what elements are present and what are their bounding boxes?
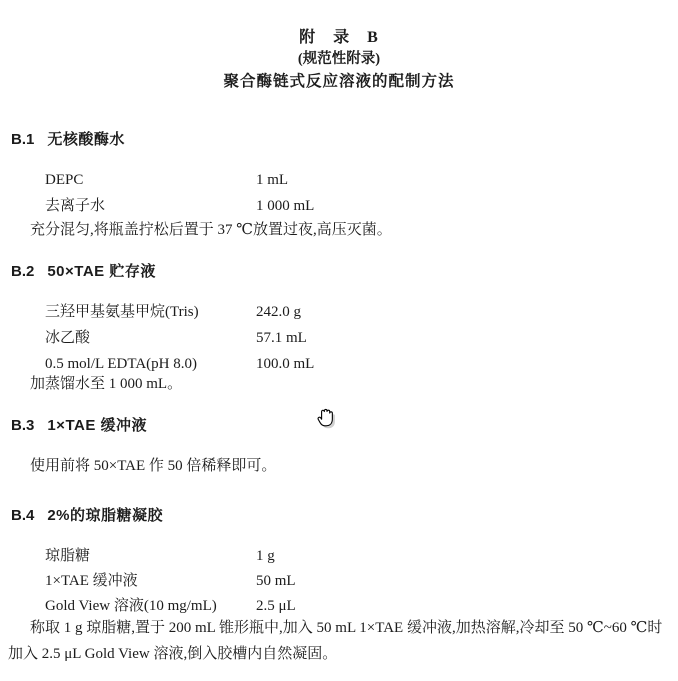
section-title: 50×TAE 贮存液: [47, 263, 156, 280]
ingredient-row: Gold View 溶液(10 mg/mL) 2.5 μL: [45, 597, 670, 615]
ingredient-row: 冰乙酸 57.1 mL: [45, 329, 670, 347]
section-number: B.1: [11, 131, 34, 148]
ingredient-label: Gold View 溶液(10 mg/mL): [45, 598, 217, 614]
instruction-text-b3: 使用前将 50×TAE 作 50 倍稀释即可。: [8, 453, 672, 479]
section-title: 2%的琼脂糖凝胶: [47, 507, 163, 524]
appendix-type: (规范性附录): [0, 47, 678, 68]
section-heading-b2: B.250×TAE 贮存液: [11, 260, 156, 281]
instruction-text-b2: 加蒸馏水至 1 000 mL。: [8, 371, 672, 397]
ingredient-row: 1×TAE 缓冲液 50 mL: [45, 572, 670, 590]
ingredient-label: DEPC: [45, 172, 83, 188]
instruction-text-b4: 称取 1 g 琼脂糖,置于 200 mL 锥形瓶中,加入 50 mL 1×TAE…: [8, 615, 672, 667]
section-heading-b4: B.42%的琼脂糖凝胶: [11, 504, 163, 525]
page-title: 聚合酶链式反应溶液的配制方法: [0, 69, 678, 91]
ingredient-label: 1×TAE 缓冲液: [45, 573, 138, 589]
grab-hand-cursor: [314, 406, 340, 434]
section-number: B.4: [11, 507, 34, 524]
ingredient-value: 57.1 mL: [256, 329, 307, 347]
appendix-label: 附 录 B: [0, 24, 678, 47]
section-heading-b1: B.1无核酸酶水: [11, 128, 125, 149]
ingredient-row: 琼脂糖 1 g: [45, 547, 670, 565]
ingredient-label: 琼脂糖: [45, 548, 90, 564]
ingredient-label: 去离子水: [45, 198, 105, 214]
section-title: 无核酸酶水: [47, 131, 125, 148]
grab-hand-icon: [314, 406, 340, 434]
ingredient-value: 1 000 mL: [256, 197, 314, 215]
section-number: B.2: [11, 263, 34, 280]
ingredient-value: 1 g: [256, 547, 275, 565]
ingredient-label: 冰乙酸: [45, 330, 90, 346]
ingredient-label: 0.5 mol/L EDTA(pH 8.0): [45, 356, 197, 372]
instruction-text-b1: 充分混匀,将瓶盖拧松后置于 37 ℃放置过夜,高压灭菌。: [8, 217, 672, 243]
section-number: B.3: [11, 417, 34, 434]
ingredient-row: DEPC 1 mL: [45, 171, 670, 189]
section-title: 1×TAE 缓冲液: [47, 417, 147, 434]
ingredient-label: 三羟甲基氨基甲烷(Tris): [45, 304, 199, 320]
ingredient-value: 1 mL: [256, 171, 288, 189]
ingredient-value: 2.5 μL: [256, 597, 296, 615]
ingredient-row: 三羟甲基氨基甲烷(Tris) 242.0 g: [45, 303, 670, 321]
section-heading-b3: B.31×TAE 缓冲液: [11, 414, 147, 435]
ingredient-value: 50 mL: [256, 572, 296, 590]
ingredient-value: 242.0 g: [256, 303, 301, 321]
document-page: 附 录 B (规范性附录) 聚合酶链式反应溶液的配制方法 B.1无核酸酶水 DE…: [0, 0, 678, 681]
ingredient-row: 去离子水 1 000 mL: [45, 197, 670, 215]
